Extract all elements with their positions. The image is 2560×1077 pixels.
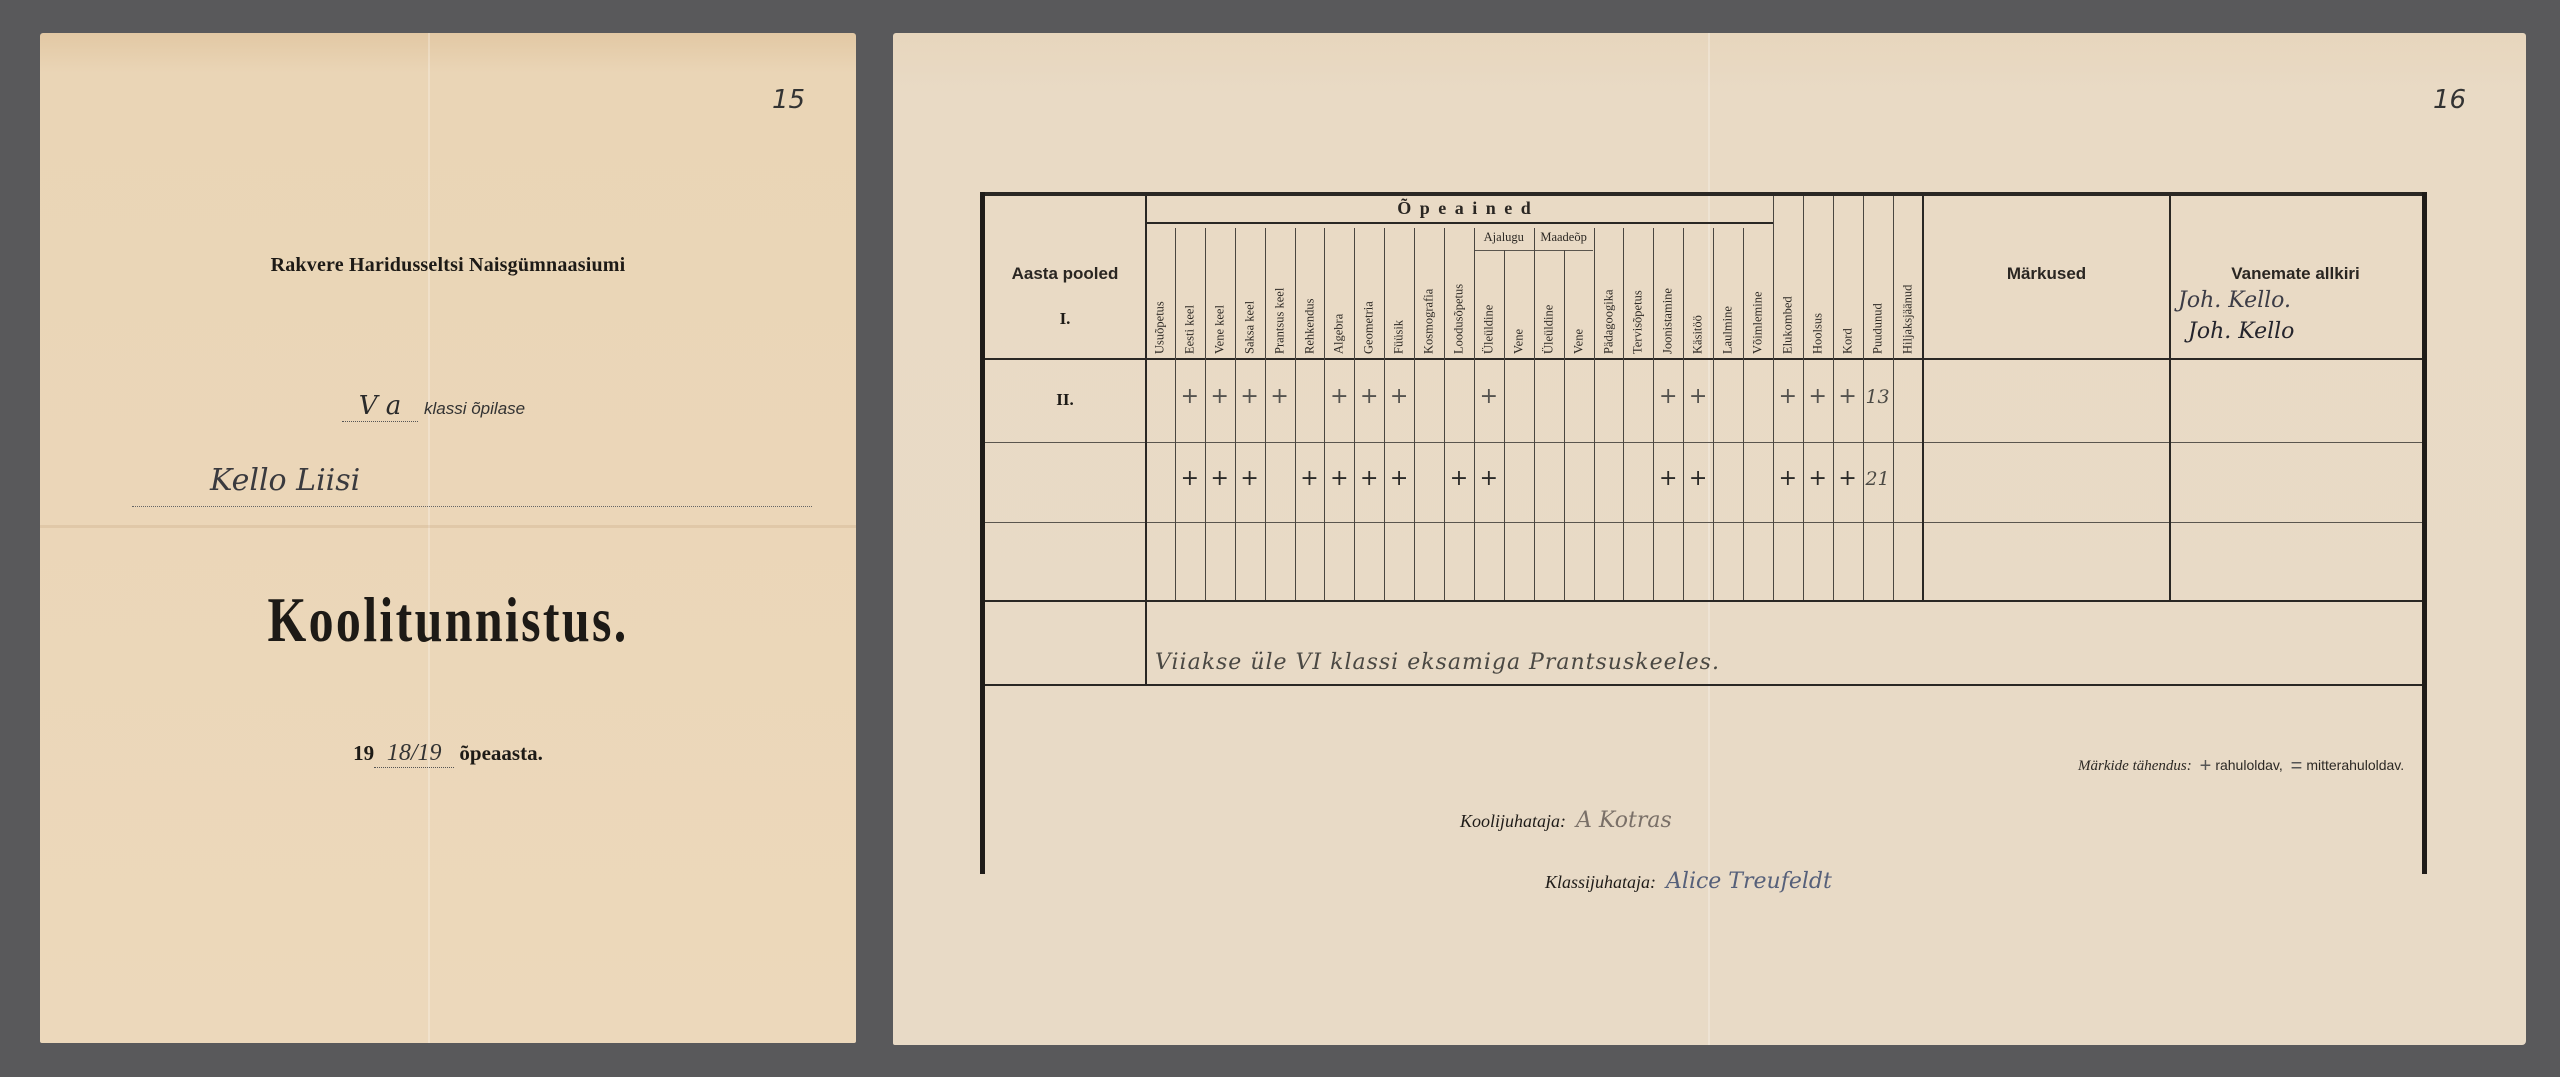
column-header: Pädagoogika [1594, 232, 1624, 354]
grade-mark: + [1324, 468, 1354, 490]
left-page-cover: 15 Rakvere Haridusseltsi Naisgümnaasiumi… [40, 33, 856, 1043]
principal-label: Koolijuhataja: [1460, 811, 1566, 831]
page-number: 16 [2433, 85, 2466, 115]
year-prefix: 19 [353, 741, 374, 765]
column-header: Vene [1564, 254, 1594, 354]
grade-mark: + [1803, 386, 1833, 408]
page-number: 15 [772, 85, 805, 115]
legend: Märkide tähendus: +rahuloldav, =mitterah… [2078, 755, 2404, 778]
year-suffix: õpeaasta. [459, 741, 542, 765]
group-ajalugu: Ajalugu [1474, 230, 1534, 245]
table-border [2422, 192, 2427, 874]
remark-line: Viiakse üle VI klassi eksamiga Prantsusk… [1155, 650, 1720, 675]
grade-mark: + [1235, 386, 1265, 408]
header-remarks: Märkused [1924, 264, 2169, 284]
principal-row: Koolijuhataja:A Kotras [1460, 808, 1672, 833]
absence-count: 21 [1863, 468, 1893, 490]
column-header: Üleüldine [1534, 254, 1564, 354]
name-underline [132, 506, 812, 507]
absence-count: 13 [1863, 386, 1893, 408]
column-header: Füüsik [1384, 232, 1414, 354]
column-header: Kosmografia [1414, 232, 1444, 354]
column-header: Laulmine [1713, 232, 1743, 354]
column-header: Hiljaksjäänud [1893, 232, 1923, 354]
plus-symbol: + [2200, 755, 2212, 777]
row-divider [985, 522, 2422, 523]
class-teacher-label: Klassijuhataja: [1545, 872, 1656, 892]
grade-mark: + [1265, 386, 1295, 408]
column-header: Loodusõpetus [1444, 232, 1474, 354]
column-header: Tervisõpetus [1623, 232, 1653, 354]
plus-meaning: rahuloldav, [2215, 757, 2282, 773]
grade-mark: + [1175, 386, 1205, 408]
class-teacher-row: Klassijuhataja:Alice Treufeldt [1545, 869, 1832, 894]
class-row: V aklassi õpilase [342, 391, 525, 422]
school-year-row: 1918/19 õpeaasta. [40, 740, 856, 768]
column-header: Algebra [1324, 232, 1354, 354]
row-divider [985, 600, 2422, 602]
column-header: Võimlemine [1743, 232, 1773, 354]
year-value: 18/19 [374, 740, 454, 768]
grade-mark: + [1683, 386, 1713, 408]
class-teacher-signature: Alice Treufeldt [1666, 869, 1832, 894]
column-header: Usuõpetus [1145, 232, 1175, 354]
grade-mark: + [1235, 468, 1265, 490]
column-header: Eesti keel [1175, 232, 1205, 354]
table-border [980, 192, 2427, 196]
grade-mark: + [1803, 468, 1833, 490]
col-divider [2169, 196, 2171, 600]
grade-mark: + [1653, 468, 1683, 490]
grade-mark: + [1773, 386, 1803, 408]
column-header: Vene keel [1205, 232, 1235, 354]
grade-mark: + [1384, 386, 1414, 408]
grade-mark: + [1474, 468, 1504, 490]
header-divider [985, 358, 2422, 360]
col-divider [1145, 600, 1147, 684]
grade-mark: + [1324, 386, 1354, 408]
column-header: Üleüldine [1474, 254, 1504, 354]
column-header: Rehkendus [1295, 232, 1325, 354]
header-subjects-group: Õ p e a i n e d [1145, 198, 1785, 219]
grade-mark: + [1773, 468, 1803, 490]
table-border [980, 192, 985, 874]
right-page-grades: 16 Aasta pooled Õ p e a i n e d Märkused… [893, 33, 2526, 1045]
grade-mark: + [1354, 386, 1384, 408]
grade-mark: + [1354, 468, 1384, 490]
grade-mark: + [1295, 468, 1325, 490]
grade-mark: + [1444, 468, 1474, 490]
document-title: Koolitunnistus. [130, 583, 766, 657]
fold-crease [428, 33, 430, 1043]
row-label: I. [985, 309, 1145, 329]
grade-mark: + [1384, 468, 1414, 490]
equals-meaning: mitterahuloldav. [2306, 757, 2404, 773]
class-label: klassi õpilase [424, 399, 525, 418]
group-maadeop: Maadeõp [1534, 230, 1594, 245]
student-name: Kello Liisi [210, 463, 360, 498]
grade-mark: + [1474, 386, 1504, 408]
column-header: Geometria [1354, 232, 1384, 354]
fold-crease [40, 525, 856, 528]
class-value: V a [342, 391, 418, 422]
column-header: Puudunud [1863, 232, 1893, 354]
row-divider [985, 442, 2422, 443]
column-header: Prantsus keel [1265, 232, 1295, 354]
grade-mark: + [1205, 386, 1235, 408]
equals-symbol: = [2291, 755, 2303, 777]
grade-mark: + [1833, 468, 1863, 490]
header-half-year: Aasta pooled [985, 264, 1145, 284]
school-name: Rakvere Haridusseltsi Naisgümnaasiumi [40, 254, 856, 277]
grade-mark: + [1683, 468, 1713, 490]
principal-signature: A Kotras [1576, 808, 1672, 833]
column-header: Hoolsus [1803, 232, 1833, 354]
header-parent-signature: Vanemate allkiri [2169, 264, 2422, 284]
grade-mark: + [1833, 386, 1863, 408]
legend-label: Märkide tähendus: [2078, 758, 2192, 774]
parent-signature: Joh. Kello. [2178, 288, 2291, 313]
column-header: Kord [1833, 232, 1863, 354]
row-label: II. [985, 390, 1145, 410]
grade-mark: + [1205, 468, 1235, 490]
grade-mark: + [1653, 386, 1683, 408]
remark-divider [985, 684, 2422, 686]
column-header: Käsitöö [1683, 232, 1713, 354]
column-header: Joonistamine [1653, 232, 1683, 354]
column-header: Saksa keel [1235, 232, 1265, 354]
column-header: Vene [1504, 254, 1534, 354]
subjects-group-divider [1145, 222, 1773, 224]
parent-signature: Joh. Kello [2188, 319, 2294, 344]
column-header: Elukombed [1773, 232, 1803, 354]
grade-mark: + [1175, 468, 1205, 490]
